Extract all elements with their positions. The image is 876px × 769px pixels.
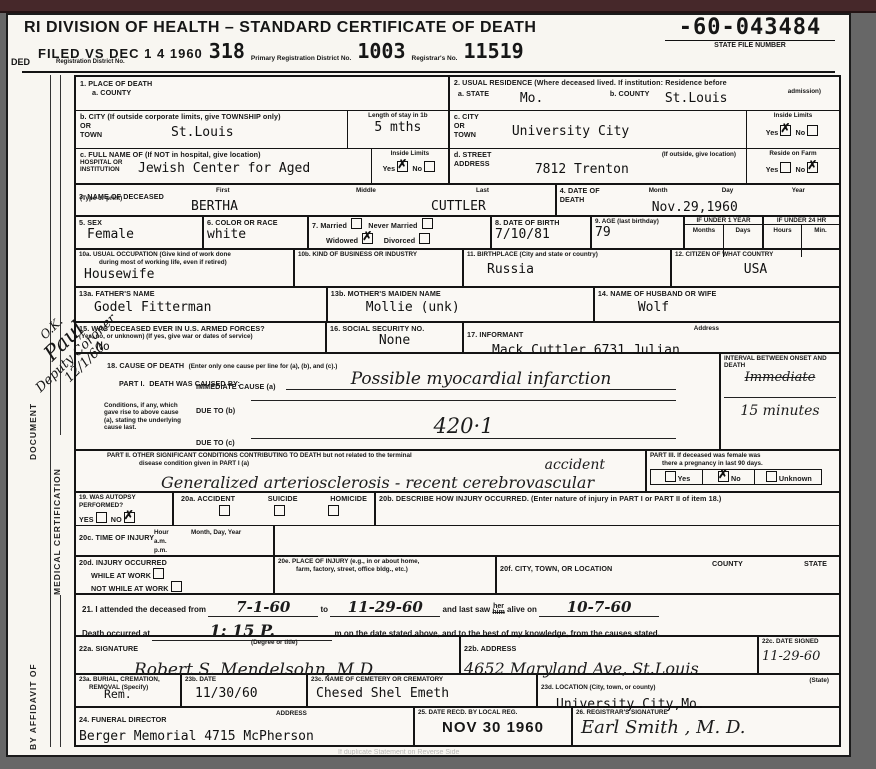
reside-on-farm-label: Reside on Farm — [749, 150, 837, 158]
value-ssn: None — [330, 333, 459, 348]
month-day-year-label: Month, Day, Year — [191, 529, 241, 537]
citizen-label: 12. CITIZEN OF WHAT COUNTRY — [675, 251, 836, 259]
month-label: Month — [649, 187, 668, 195]
pm-label: p.m. — [154, 547, 167, 555]
name-sub-label: (Type or print) — [80, 195, 122, 203]
hospital-label-2: HOSPITAL OR INSTITUTION — [80, 159, 135, 174]
scanner-background-band — [0, 0, 876, 13]
under-24-hr-label: IF UNDER 24 HR — [764, 217, 839, 226]
length-of-stay-label: Length of stay in 1b — [350, 112, 446, 120]
checkbox-residence-inside-no — [807, 125, 818, 136]
due-to-b-label: DUE TO (b) — [196, 406, 235, 415]
date-received-stamp: NOV 30 1960 — [418, 719, 568, 736]
while-at-work-label: WHILE AT WORK — [91, 571, 151, 580]
certificate-title: RI DIVISION OF HEALTH – STANDARD CERTIFI… — [24, 19, 536, 37]
field-autopsy: 19. WAS AUTOPSY PERFORMED? YES NO✗ — [76, 493, 174, 525]
field-interval-onset-death: INTERVAL BETWEEN ONSET AND DEATH Immedia… — [721, 354, 839, 449]
field-time-of-injury: 20c. TIME OF INJURY Hour a.m. p.m. Month… — [76, 526, 275, 555]
edge-cutoff-text: DED — [11, 57, 30, 67]
field-burial-date: 23b. DATE 11/30/60 — [182, 675, 308, 706]
birthplace-label: 11. BIRTHPLACE (City and state or countr… — [467, 251, 667, 259]
residence-county-label: b. COUNTY — [610, 89, 650, 98]
day-label: Day — [722, 187, 734, 195]
inside-limits-label-1c: Inside Limits — [374, 150, 446, 158]
field-date-received: 25. DATE RECD. BY LOCAL REG. NOV 30 1960 — [415, 708, 573, 745]
field-certifier-address: 22b. ADDRESS 4652 Maryland Ave, St.Louis — [461, 637, 759, 673]
place-of-death-label: 1. PLACE OF DEATH — [80, 79, 444, 88]
field-social-security: 16. SOCIAL SECURITY NO. None — [327, 323, 464, 352]
entry-attended-from: 7-1-60 — [208, 598, 318, 617]
value-part2: Generalized arteriosclerosis - recent ce… — [161, 473, 594, 492]
value-city-of-death: St.Louis — [171, 125, 234, 140]
not-while-at-work-label: NOT WHILE AT WORK — [91, 584, 169, 593]
cemetery-state-label: (State) — [809, 677, 829, 685]
checkbox-pregnancy-unknown — [766, 471, 777, 482]
checkbox-married — [351, 218, 362, 229]
field-birthplace: 11. BIRTHPLACE (City and state or countr… — [464, 250, 672, 286]
value-first-name: BERTHA — [191, 199, 238, 214]
city-label: b. CITY (If outside corporate limits, gi… — [80, 112, 343, 121]
residence-city-label: c. CITY OR TOWN — [454, 112, 488, 139]
him-label-struck: him — [492, 610, 504, 616]
due-to-c-label: DUE TO (c) — [196, 438, 235, 447]
hospital-label: c. FULL NAME OF (If NOT in hospital, giv… — [80, 150, 367, 159]
informant-label: 17. INFORMANT — [467, 330, 523, 339]
death-certificate-page: RI DIVISION OF HEALTH – STANDARD CERTIFI… — [6, 13, 851, 757]
value-immediate-cause: Possible myocardial infarction — [351, 369, 612, 389]
value-spouse: Wolf — [638, 300, 836, 315]
cemetery-label: 23c. NAME OF CEMETERY OR CREMATORY — [311, 676, 533, 684]
field-funeral-director: 24. FUNERAL DIRECTOR ADDRESS Berger Memo… — [76, 708, 415, 745]
checkbox-autopsy-yes — [96, 512, 107, 523]
ssn-label: 16. SOCIAL SECURITY NO. — [330, 324, 459, 333]
entry-due-to-c: 420·1 — [251, 414, 676, 439]
place-of-injury-label: 20e. PLACE OF INJURY (e.g., in or about … — [278, 558, 492, 566]
registrar-number-label: Registrar's No. — [412, 55, 458, 62]
field-kind-of-business: 10b. KIND OF BUSINESS OR INDUSTRY — [295, 250, 464, 286]
field-injury-blank — [275, 526, 839, 555]
burial-label: 23a. BURIAL, CREMATION, — [79, 676, 177, 684]
field-date-of-birth: 8. DATE OF BIRTH 7/10/81 — [492, 217, 592, 249]
spouse-label: 14. NAME OF HUSBAND OR WIFE — [598, 289, 836, 298]
entry-attended-to: 11-29-60 — [330, 598, 440, 617]
checkbox-widowed: ✗ — [362, 233, 373, 244]
margin-label-medical-certification: MEDICAL CERTIFICATION — [52, 435, 62, 595]
place-of-injury-label-2: farm, factory, street, office bldg., etc… — [296, 566, 492, 574]
value-birthplace: Russia — [487, 262, 667, 277]
injury-occurred-label: 20d. INJURY OCCURRED — [79, 558, 270, 567]
time-of-injury-label: 20c. TIME OF INJURY — [79, 533, 154, 542]
entry-immediate-cause: Possible myocardial infarction — [286, 369, 676, 390]
signature-label: 22a. SIGNATURE — [79, 644, 138, 653]
injury-county-label: COUNTY — [712, 559, 743, 568]
value-funeral-director: Berger Memorial 4715 McPherson — [79, 729, 410, 744]
value-burial-type: Rem. — [104, 687, 132, 701]
middle-label: Middle — [356, 187, 376, 195]
field-sex: 5. SEX Female — [76, 217, 204, 249]
item7-label: 7. — [312, 221, 318, 230]
usual-residence-label-cont: admission) — [788, 88, 821, 96]
registration-district-label: Registration District No. — [56, 59, 125, 65]
city-or-town-label: OR TOWN — [80, 121, 110, 139]
field-part3-pregnancy: PART III. If deceased was female was the… — [647, 451, 839, 491]
describe-injury-label: 20b. DESCRIBE HOW INJURY OCCURRED. (Ente… — [379, 494, 836, 503]
reverse-side-footnote: If duplicate Statement on Reverse Side — [338, 749, 459, 756]
year-label: Year — [792, 187, 805, 195]
entry-last-saw-alive: 10-7-60 — [539, 598, 659, 617]
registration-district-number: 318 — [209, 39, 245, 63]
checkbox-pregnancy-no: ✗ — [718, 471, 729, 482]
married-label: Married — [320, 221, 347, 230]
header-divider — [22, 71, 835, 73]
field-describe-injury: 20b. DESCRIBE HOW INJURY OCCURRED. (Ente… — [376, 493, 839, 525]
pregnancy-unknown-label: Unknown — [779, 474, 812, 483]
autopsy-yes-label: YES — [79, 515, 94, 524]
primary-district-label: Primary Registration District No. — [251, 55, 351, 62]
value-sex: Female — [87, 227, 199, 242]
dob-label: 8. DATE OF BIRTH — [495, 218, 587, 227]
informant-address-label: Address — [694, 325, 719, 333]
funeral-address-label: ADDRESS — [276, 710, 307, 718]
field-cause-of-death: 18. CAUSE OF DEATH (Enter only one cause… — [76, 354, 721, 449]
checkbox-autopsy-no: ✗ — [124, 512, 135, 523]
date-received-label: 25. DATE RECD. BY LOCAL REG. — [418, 709, 568, 717]
burial-label-2: REMOVAL (Specify) — [89, 684, 177, 692]
street-address-label: d. STREET ADDRESS — [454, 150, 504, 168]
field-name-of-deceased: 3. NAME OF DECEASED (Type or print) Firs… — [76, 185, 557, 215]
street-note: (If outside, give location) — [662, 151, 736, 159]
entry-due-to-b — [251, 400, 676, 401]
value-interval-struck: Immediate — [724, 370, 836, 385]
conditions-note: Conditions, if any, which gave rise to a… — [104, 402, 186, 432]
father-label: 13a. FATHER'S NAME — [79, 289, 323, 298]
divorced-label: Divorced — [384, 236, 416, 245]
field-citizen-of: 12. CITIZEN OF WHAT COUNTRY USA — [672, 250, 839, 286]
field-part2-conditions: PART II. OTHER SIGNIFICANT CONDITIONS CO… — [76, 451, 647, 491]
margin-label-by-affidavit-of: BY AFFIDAVIT OF — [28, 635, 38, 750]
value-occupation: Housewife — [84, 267, 154, 282]
field-mothers-maiden-name: 13b. MOTHER'S MAIDEN NAME Mollie (unk) — [328, 288, 595, 320]
field-if-under-24-hr: IF UNDER 24 HR Hours Min. — [764, 217, 839, 249]
checkbox-farm-yes — [780, 162, 791, 173]
value-cemetery: Chesed Shel Emeth — [316, 686, 533, 701]
cause-label: 18. CAUSE OF DEATH — [107, 361, 184, 370]
checkbox-not-while-at-work — [171, 581, 182, 592]
am-label: a.m. — [154, 538, 167, 546]
date-of-death-label: 4. DATE OF DEATH — [560, 186, 606, 204]
checkbox-farm-no: ✗ — [807, 162, 818, 173]
value-mother: Mollie (unk) — [366, 300, 590, 315]
checkbox-suicide — [274, 505, 285, 516]
field-place-of-injury: 20e. PLACE OF INJURY (e.g., in or about … — [275, 557, 497, 593]
primary-district-number: 1003 — [357, 39, 405, 63]
margin-rule — [50, 75, 51, 747]
part3-label-2: there a pregnancy in last 90 days. — [662, 460, 836, 468]
value-street-address: 7812 Trenton — [535, 162, 629, 177]
mother-label: 13b. MOTHER'S MAIDEN NAME — [331, 289, 590, 298]
homicide-label: HOMICIDE — [330, 494, 367, 503]
burial-date-label: 23b. DATE — [185, 676, 303, 684]
checkbox-inside-limits-yes: ✗ — [397, 161, 408, 172]
value-residence-county: St.Louis — [665, 91, 728, 106]
pregnancy-no-label: No — [731, 474, 741, 483]
injury-city-label: 20f. CITY, TOWN, OR LOCATION — [500, 564, 612, 573]
suicide-label: SUICIDE — [268, 494, 298, 503]
field-if-under-1-year: IF UNDER 1 YEAR Months Days — [685, 217, 764, 249]
certifier-address-label: 22b. ADDRESS — [464, 644, 516, 653]
registrar-number: 11519 — [463, 39, 523, 63]
value-attended-to: 11-29-60 — [348, 598, 423, 616]
field-marital-status: 7. Married Never Married Widowed ✗ Divor… — [309, 217, 492, 249]
value-dob: 7/10/81 — [495, 227, 587, 242]
value-father: Godel Fitterman — [94, 300, 323, 315]
value-burial-date: 11/30/60 — [195, 686, 303, 701]
alive-on-label: alive on — [507, 605, 537, 614]
field-injury-location: 20f. CITY, TOWN, OR LOCATION COUNTY STAT… — [497, 557, 839, 593]
field-accident-suicide-homicide: 20a. ACCIDENT SUICIDE HOMICIDE — [174, 493, 376, 525]
degree-or-title-label: (Degree or title) — [251, 639, 298, 647]
value-citizen: USA — [675, 262, 836, 277]
race-label: 6. COLOR OR RACE — [207, 218, 304, 227]
part3-label: PART III. If deceased was female was — [650, 452, 836, 460]
value-hospital-name: Jewish Center for Aged — [138, 161, 310, 176]
field-date-signed: 22c. DATE SIGNED 11-29-60 — [759, 637, 839, 673]
autopsy-label: 19. WAS AUTOPSY PERFORMED? — [79, 494, 169, 509]
field-color-or-race: 6. COLOR OR RACE white — [204, 217, 309, 249]
checkbox-inside-limits-no — [424, 161, 435, 172]
cemetery-location-label: 23d. LOCATION (City, town, or county) — [541, 684, 656, 691]
value-attended-from: 7-1-60 — [236, 598, 290, 616]
filing-line: FILED VS DEC 1 4 1960 318 Primary Regist… — [38, 39, 668, 63]
first-label: First — [216, 187, 230, 195]
field-attended-statement: 21. I attended the deceased from 7-1-60 … — [76, 595, 839, 635]
value-residence-city: University City — [512, 124, 629, 139]
injury-state-label: STATE — [804, 559, 827, 568]
interval-label: INTERVAL BETWEEN ONSET AND DEATH — [724, 355, 836, 370]
under-1-year-label: IF UNDER 1 YEAR — [685, 217, 762, 226]
checkbox-residence-inside-yes: ✗ — [780, 125, 791, 136]
value-part2-above: accident — [545, 457, 605, 473]
funeral-director-label: 24. FUNERAL DIRECTOR — [79, 715, 167, 724]
checkbox-accident — [219, 505, 230, 516]
state-file-number-label: STATE FILE NUMBER — [665, 40, 835, 49]
value-last-name: CUTTLER — [431, 199, 486, 214]
certificate-form: 1. PLACE OF DEATH a. COUNTY b. CITY (If … — [74, 75, 841, 747]
value-length-of-stay: 5 mths — [350, 120, 446, 135]
value-residence-state: Mo. — [520, 91, 543, 106]
age-label: 9. AGE (last birthday) — [595, 218, 680, 226]
value-interval: 15 minutes — [724, 403, 836, 419]
never-married-label: Never Married — [368, 221, 417, 230]
value-age: 79 — [595, 225, 680, 240]
county-label: a. COUNTY — [92, 88, 444, 97]
state-file-number: -60-043484 — [665, 15, 835, 40]
checkbox-pregnancy-yes — [665, 471, 676, 482]
field-date-of-death: 4. DATE OF DEATH Month Day Year Nov.29,1… — [557, 185, 839, 215]
field-husband-or-wife: 14. NAME OF HUSBAND OR WIFE Wolf — [595, 288, 839, 320]
field-injury-at-work: 20d. INJURY OCCURRED WHILE AT WORK NOT W… — [76, 557, 275, 593]
date-signed-label: 22c. DATE SIGNED — [762, 638, 836, 646]
last-label: Last — [476, 187, 489, 195]
field-usual-occupation: 10a. USUAL OCCUPATION (Give kind of work… — [76, 250, 295, 286]
sex-label: 5. SEX — [79, 218, 199, 227]
field-age: 9. AGE (last birthday) 79 — [592, 217, 685, 249]
value-race: white — [207, 227, 304, 242]
checkbox-homicide — [328, 505, 339, 516]
usual-residence-label: 2. USUAL RESIDENCE (Where deceased lived… — [454, 78, 835, 87]
registrar-signature-label: 26. REGISTRAR'S SIGNATURE — [576, 709, 836, 717]
state-file-number-block: -60-043484 STATE FILE NUMBER — [665, 15, 835, 49]
hour-label: Hour — [154, 529, 169, 537]
value-date-signed: 11-29-60 — [762, 649, 836, 664]
field-certifier-signature: 22a. SIGNATURE (Degree or title) Robert … — [76, 637, 461, 673]
value-due-to-c: 420·1 — [433, 414, 493, 438]
field-informant: 17. INFORMANT Address Mack Cuttler 6731 … — [464, 323, 839, 352]
field-cemetery: 23c. NAME OF CEMETERY OR CREMATORY Chese… — [308, 675, 538, 706]
checkbox-never-married — [422, 218, 433, 229]
value-last-saw-alive: 10-7-60 — [567, 598, 632, 616]
field-cemetery-location: 23d. LOCATION (City, town, or county) (S… — [538, 675, 839, 706]
field-burial-type: 23a. BURIAL, CREMATION, REMOVAL (Specify… — [76, 675, 182, 706]
last-saw-label: and last saw — [443, 605, 491, 614]
residence-state-label: a. STATE — [458, 89, 489, 98]
immediate-cause-label: IMMEDIATE CAUSE (a) — [196, 382, 276, 391]
autopsy-no-label: NO — [111, 515, 122, 524]
field-usual-residence: 2. USUAL RESIDENCE (Where deceased lived… — [450, 77, 839, 183]
inside-limits-label-2c: Inside Limits — [749, 112, 837, 120]
checkbox-divorced — [419, 233, 430, 244]
value-registrar-signature: Earl Smith , M. D. — [581, 717, 836, 738]
part1-label: PART I. — [119, 379, 145, 388]
attended-pre: 21. I attended the deceased from — [82, 605, 206, 614]
margin-rule-2 — [60, 75, 61, 747]
accident-label: 20a. ACCIDENT — [181, 494, 235, 503]
field-place-of-death: 1. PLACE OF DEATH a. COUNTY b. CITY (If … — [76, 77, 450, 183]
field-registrar-signature: 26. REGISTRAR'S SIGNATURE Earl Smith , M… — [573, 708, 839, 745]
pregnancy-yes-label: Yes — [678, 474, 691, 483]
occupation-label-2: during most of working life, even if ret… — [99, 259, 290, 267]
business-label: 10b. KIND OF BUSINESS OR INDUSTRY — [298, 251, 459, 259]
checkbox-while-at-work — [153, 568, 164, 579]
to-label: to — [321, 605, 329, 614]
occupation-label: 10a. USUAL OCCUPATION (Give kind of work… — [79, 251, 290, 259]
value-date-of-death: Nov.29,1960 — [652, 200, 738, 215]
widowed-label: Widowed — [326, 236, 358, 245]
